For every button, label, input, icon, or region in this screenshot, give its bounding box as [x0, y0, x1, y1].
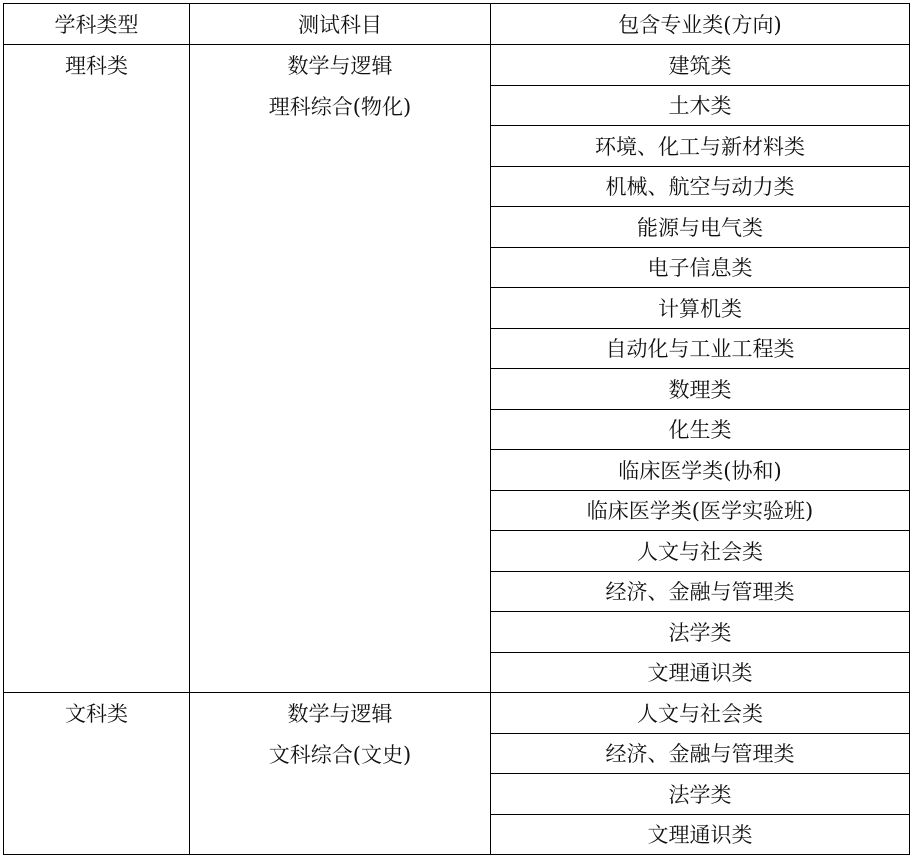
- table-row: 文科类 数学与逻辑 文科综合(文史) 人文与社会类: [4, 693, 910, 734]
- major-cell: 文理通识类: [491, 814, 910, 855]
- major-cell: 自动化与工业工程类: [491, 328, 910, 369]
- major-cell: 经济、金融与管理类: [491, 571, 910, 612]
- test-subjects-cell: 数学与逻辑 文科综合(文史): [190, 693, 491, 855]
- test-subject: 数学与逻辑: [190, 51, 490, 92]
- subject-type: 理科类: [4, 51, 189, 92]
- major-cell: 临床医学类(协和): [491, 450, 910, 491]
- major-cell: 环境、化工与新材料类: [491, 126, 910, 167]
- major-cell: 能源与电气类: [491, 207, 910, 248]
- major-cell: 机械、航空与动力类: [491, 166, 910, 207]
- major-cell: 计算机类: [491, 288, 910, 329]
- test-subject: 理科综合(物化): [190, 92, 490, 133]
- major-cell: 经济、金融与管理类: [491, 733, 910, 774]
- test-subjects-cell: 数学与逻辑 理科综合(物化): [190, 45, 491, 693]
- test-subject: 文科综合(文史): [190, 740, 490, 781]
- subject-type-cell: 文科类: [4, 693, 190, 855]
- major-cell: 人文与社会类: [491, 693, 910, 734]
- major-cell: 临床医学类(医学实验班): [491, 490, 910, 531]
- header-majors: 包含专业类(方向): [491, 4, 910, 45]
- major-cell: 建筑类: [491, 45, 910, 86]
- major-cell: 电子信息类: [491, 247, 910, 288]
- test-subject: 数学与逻辑: [190, 699, 490, 740]
- major-cell: 文理通识类: [491, 652, 910, 693]
- subject-type: 文科类: [4, 699, 189, 740]
- table-row: 理科类 数学与逻辑 理科综合(物化) 建筑类: [4, 45, 910, 86]
- header-subject-type: 学科类型: [4, 4, 190, 45]
- major-cell: 人文与社会类: [491, 531, 910, 572]
- subject-type-cell: 理科类: [4, 45, 190, 693]
- major-cell: 法学类: [491, 774, 910, 815]
- header-test-subjects: 测试科目: [190, 4, 491, 45]
- header-row: 学科类型 测试科目 包含专业类(方向): [4, 4, 910, 45]
- major-cell: 法学类: [491, 612, 910, 653]
- subject-majors-table: 学科类型 测试科目 包含专业类(方向) 理科类 数学与逻辑 理科综合(物化) 建…: [3, 3, 910, 855]
- major-cell: 数理类: [491, 369, 910, 410]
- major-cell: 土木类: [491, 85, 910, 126]
- major-cell: 化生类: [491, 409, 910, 450]
